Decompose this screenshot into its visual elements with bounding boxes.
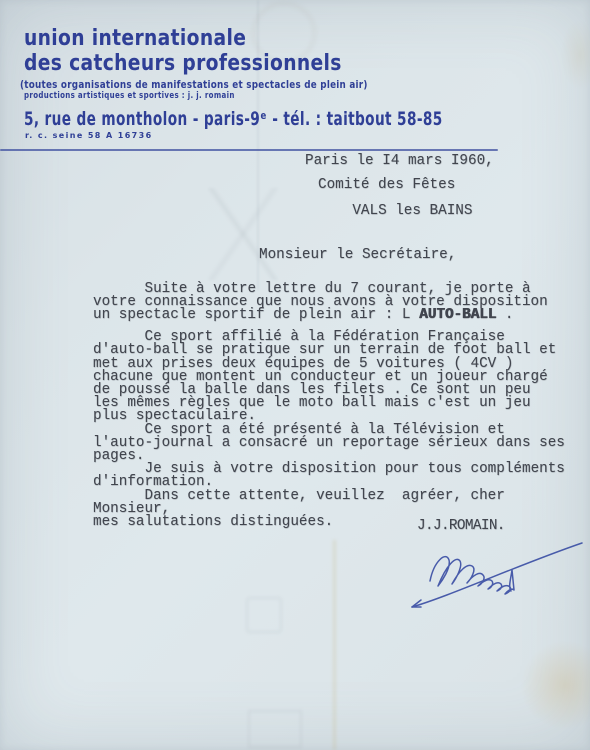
ink-ghost-mark: [246, 597, 282, 633]
org-name-line2: des catcheurs professionnels: [24, 51, 342, 76]
letterhead-address-line: 5, rue de montholon - paris-9ᵉ - tél. : …: [24, 108, 443, 130]
letterhead-productions-line: productions artistiques et sportives : j…: [24, 91, 235, 101]
recipient-line1: Comité des Fêtes: [318, 177, 455, 193]
auto-ball-emphasis: AUTO-BALL: [419, 307, 496, 323]
handwritten-signature: [350, 533, 590, 628]
recipient-block: Comité des Fêtes VALS les BAINS: [318, 179, 472, 232]
signature-sweep-stroke: [412, 543, 582, 607]
paper-stain: [520, 640, 590, 730]
letter-paper: union internationale des catcheurs profe…: [0, 0, 590, 750]
letterhead-registration-line: r. c. seine 58 A 16736: [25, 131, 153, 140]
ink-ghost-scribble: [208, 188, 278, 280]
body-paragraph-intro: Suite à votre lettre du 7 courant, je po…: [93, 283, 585, 323]
letterhead-subtitle: (toutes organisations de manifestations …: [20, 78, 368, 91]
body-intro-tail: .: [496, 307, 513, 323]
dateline: Paris le I4 mars I960,: [305, 155, 494, 168]
paper-stain: [560, 20, 590, 90]
ink-ghost-mark: [248, 710, 302, 748]
typed-signature-name: J.J.ROMAIN.: [417, 520, 505, 533]
letterhead: union internationale des catcheurs profe…: [24, 26, 398, 76]
signature-scribble: [430, 557, 514, 594]
body-paragraphs-main: Ce sport affilié à la Fédération Françai…: [93, 331, 585, 529]
salutation: Monsieur le Secrétaire,: [259, 249, 456, 262]
paper-crease-bottom: [333, 540, 336, 750]
org-name-line1: union internationale: [24, 26, 342, 51]
letter-body: Suite à votre lettre du 7 courant, je po…: [93, 283, 585, 529]
recipient-line2: VALS les BAINS: [352, 203, 472, 219]
letterhead-divider-rule: [0, 149, 498, 151]
